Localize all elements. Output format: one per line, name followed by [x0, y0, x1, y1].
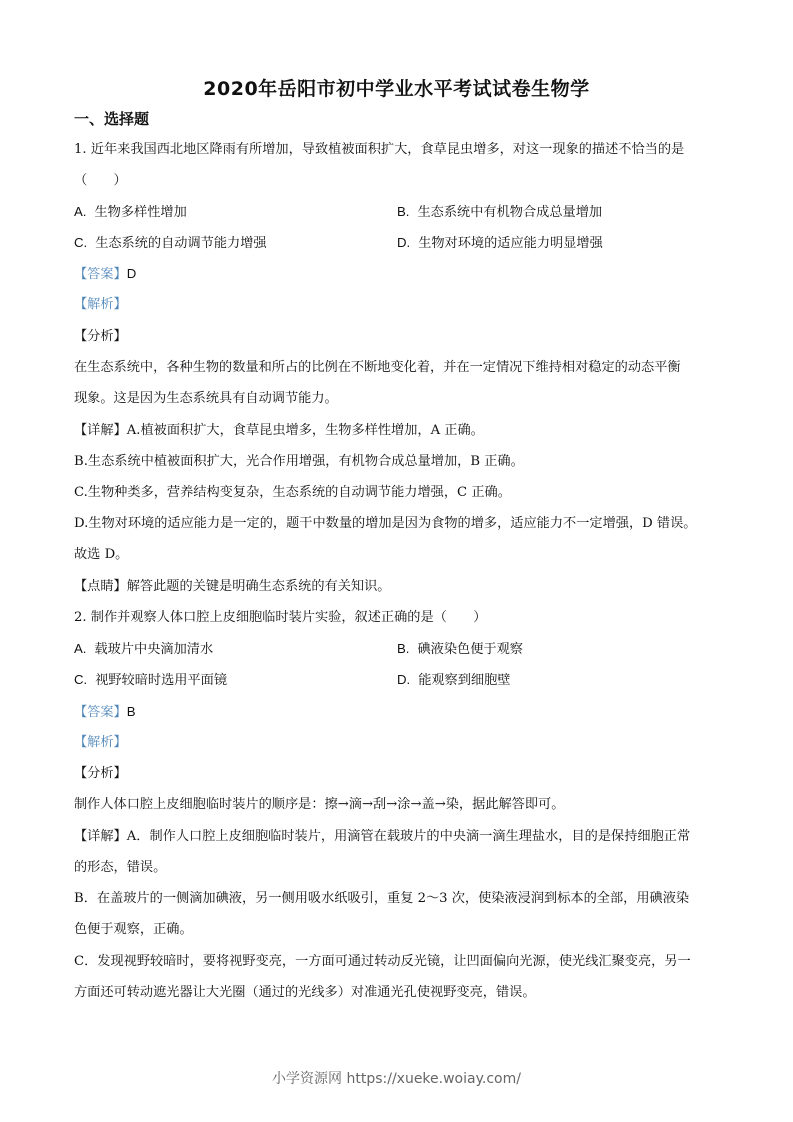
q1-fenxi-label: 【分析】 — [74, 328, 127, 346]
answer-value: B — [127, 704, 136, 719]
q2-fenxi-line: 制作人体口腔上皮细胞临时装片的顺序是：擦→滴→刮→涂→盖→染，据此解答即可。 — [74, 796, 564, 814]
q2-detail-line: 的形态，错误。 — [74, 859, 166, 877]
q2-detail-line: C．发现视野较暗时，要将视野变亮，一方面可通过转动反光镜，让凹面偏向光源，使光线… — [74, 953, 691, 971]
q1-fenxi-line: 在生态系统中，各种生物的数量和所占的比例在不断地变化着，并在一定情况下维持相对稳… — [74, 359, 681, 377]
q1-option-d: D.生物对环境的适应能力明显增强 — [397, 234, 603, 253]
q1-analysis-label: 【解析】 — [74, 296, 127, 314]
point-label: 【点睛】 — [74, 579, 127, 594]
q1-conclusion: 故选 D。 — [74, 546, 128, 564]
page-title: 2020年岳阳市初中学业水平考试试卷生物学 — [0, 74, 793, 101]
q2-option-c: C.视野较暗时选用平面镜 — [74, 671, 227, 690]
q2-option-d: D.能观察到细胞壁 — [397, 671, 511, 690]
q1-detail-line: 【详解】A.植被面积扩大，食草昆虫增多，生物多样性增加，A 正确。 — [74, 422, 484, 440]
q2-detail-line: 【详解】A．制作人口腔上皮细胞临时装片，用滴管在载玻片的中央滴一滴生理盐水，目的… — [74, 828, 690, 846]
q2-answer: 【答案】B — [74, 703, 136, 722]
detail-label: 【详解】 — [74, 423, 127, 438]
answer-value: D — [127, 266, 137, 281]
q1-stem-blank: （ ） — [74, 172, 127, 190]
q1-detail-line: D.生物对环境的适应能力是一定的，题干中数量的增加是因为食物的增多，适应能力不一… — [74, 515, 697, 533]
detail-label: 【详解】 — [74, 829, 127, 844]
document-page: 2020年岳阳市初中学业水平考试试卷生物学 一、选择题 1. 近年来我国西北地区… — [0, 0, 793, 1122]
q2-detail-line: B．在盖玻片的一侧滴加碘液，另一侧用吸水纸吸引，重复 2～3 次，使染液浸润到标… — [74, 890, 689, 908]
q1-stem: 1. 近年来我国西北地区降雨有所增加，导致植被面积扩大，食草昆虫增多，对这一现象… — [74, 141, 684, 159]
q1-point: 【点睛】解答此题的关键是明确生态系统的有关知识。 — [74, 578, 391, 596]
q1-detail-line: B.生态系统中植被面积扩大，光合作用增强，有机物合成总量增加，B 正确。 — [74, 453, 524, 471]
footer-watermark: 小学资源网 https://xueke.woiay.com/ — [0, 1068, 793, 1088]
q2-option-a: A.载玻片中央滴加清水 — [74, 640, 213, 659]
q1-answer: 【答案】D — [74, 265, 136, 284]
answer-label: 【答案】 — [74, 267, 127, 282]
q2-detail-line: 色便于观察，正确。 — [74, 921, 193, 939]
q1-option-b: B.生态系统中有机物合成总量增加 — [397, 203, 602, 222]
q1-fenxi-line: 现象。这是因为生态系统具有自动调节能力。 — [74, 390, 338, 408]
q2-analysis-label: 【解析】 — [74, 734, 127, 752]
q2-stem: 2. 制作并观察人体口腔上皮细胞临时装片实验，叙述正确的是（ ） — [74, 609, 486, 627]
q1-option-c: C.生态系统的自动调节能力增强 — [74, 234, 267, 253]
q2-fenxi-label: 【分析】 — [74, 765, 127, 783]
q1-detail-line: C.生物种类多，营养结构变复杂，生态系统的自动调节能力增强，C 正确。 — [74, 484, 511, 502]
q2-detail-line: 方面还可转动遮光器让大光圈（通过的光线多）对准通光孔使视野变亮，错误。 — [74, 984, 536, 1002]
section-heading: 一、选择题 — [74, 108, 149, 129]
q1-option-a: A.生物多样性增加 — [74, 203, 187, 222]
q2-option-b: B.碘液染色便于观察 — [397, 640, 523, 659]
answer-label: 【答案】 — [74, 705, 127, 720]
